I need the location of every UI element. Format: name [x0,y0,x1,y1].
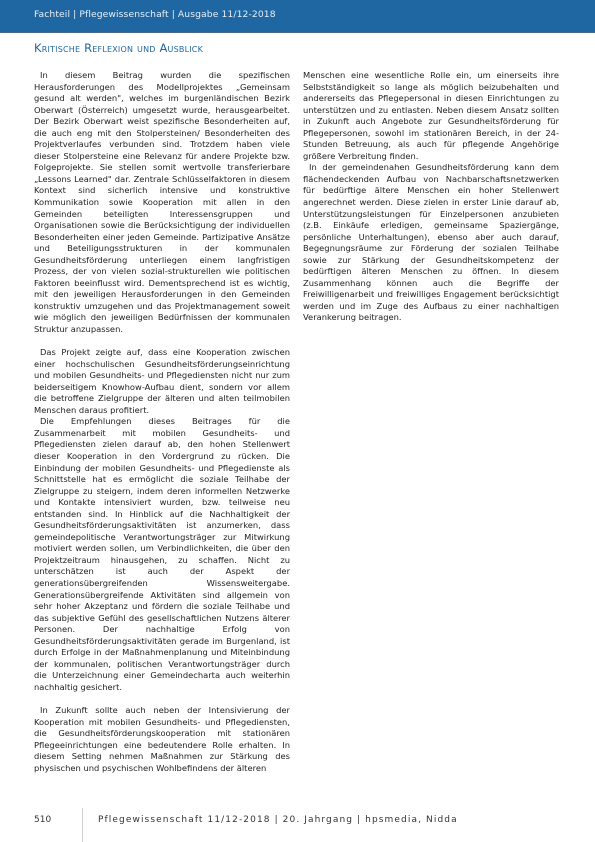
paragraph: In Zukunft sollte auch neben der Intensi… [34,705,290,774]
paragraph: In der gemeindenahen Gesundheitsförderun… [303,162,559,324]
header-bar: Fachteil | Pflegewissenschaft | Ausgabe … [0,0,595,33]
running-title: Fachteil | Pflegewissenschaft | Ausgabe … [34,9,276,20]
right-column: Menschen eine wesentliche Rolle ein, um … [303,70,559,324]
footer-publication: Pflegewissenschaft 11/12-2018 | 20. Jahr… [98,815,458,825]
paragraph: Die Empfehlungen dieses Beitrages für di… [34,416,290,693]
page-number: 510 [34,815,51,825]
footer-divider [82,808,83,842]
section-title: Kritische Reflexion und Ausblick [34,41,203,55]
paragraph: In diesem Beitrag wurden die spezifische… [34,70,290,336]
left-column: In diesem Beitrag wurden die spezifische… [34,70,290,774]
paragraph: Das Projekt zeigte auf, dass eine Kooper… [34,347,290,416]
paragraph: Menschen eine wesentliche Rolle ein, um … [303,70,559,162]
